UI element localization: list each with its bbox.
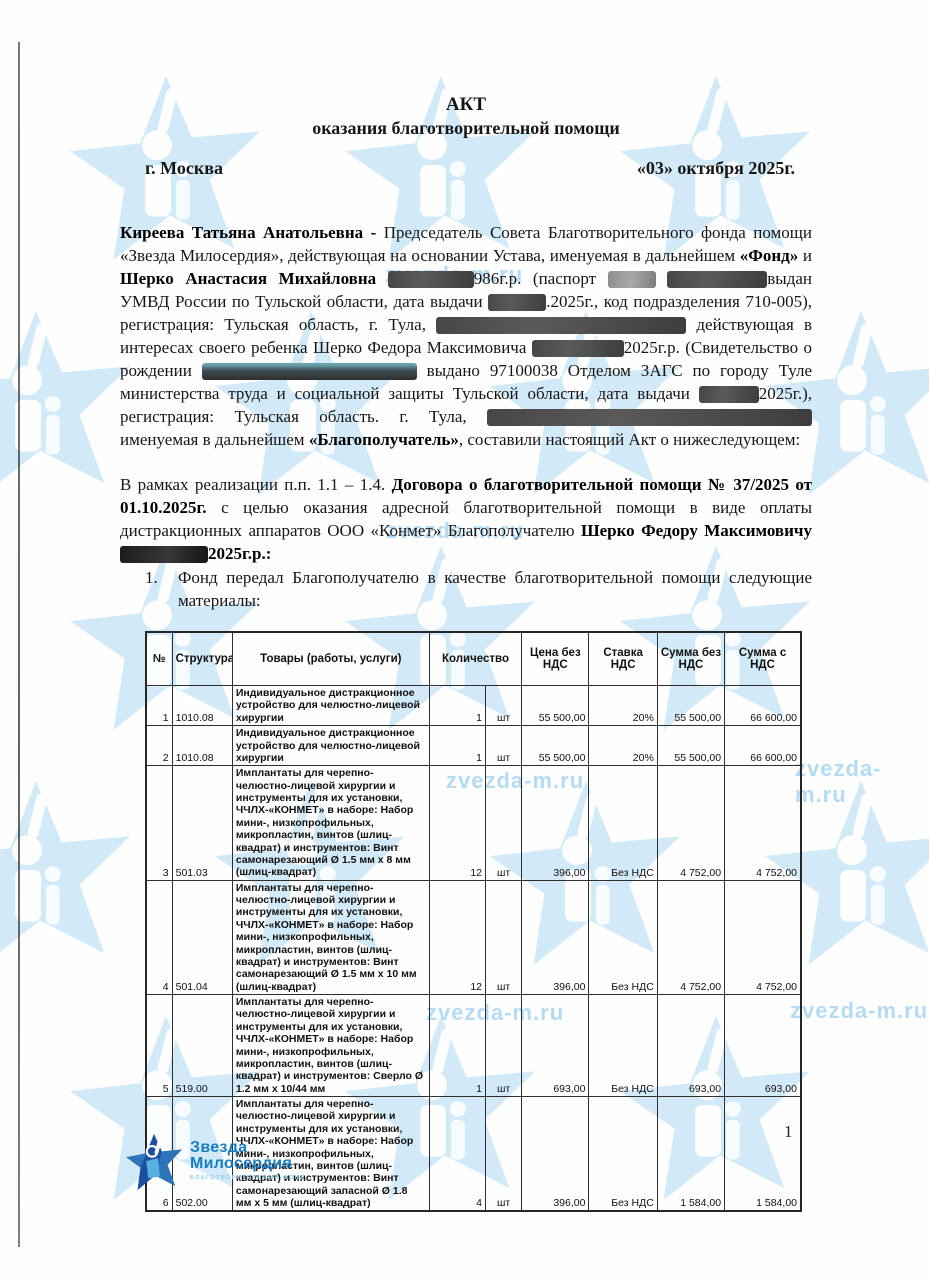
cell-price: 396,00	[522, 1097, 589, 1212]
cell-code: 1010.08	[172, 726, 232, 766]
cell-total: 4 752,00	[725, 880, 801, 994]
parties-text: , составили настоящий Акт о нижеследующе…	[459, 430, 800, 449]
cell-price: 396,00	[522, 880, 589, 994]
cell-desc: Индивидуальное дистракционное устройство…	[232, 726, 429, 766]
doc-subtitle: оказания благотворительной помощи	[120, 118, 812, 139]
redaction-mark	[202, 363, 417, 380]
col-header-quantity: Количество	[429, 632, 521, 686]
purpose-text: В рамках реализации п.п. 1.1 – 1.4.	[120, 475, 392, 494]
cell-sum: 4 752,00	[657, 766, 724, 880]
redaction-mark	[667, 271, 767, 288]
redaction-mark	[487, 409, 812, 426]
parties-text: 986г.р. (паспорт	[474, 269, 608, 288]
cell-vat: 20%	[589, 726, 657, 766]
cell-total: 4 752,00	[725, 766, 801, 880]
cell-num: 4	[146, 880, 172, 994]
beneficiary-parent-name: Шерко Анастасия Михайловна	[120, 269, 376, 288]
redaction-mark	[699, 386, 759, 403]
fund-term: «Фонд»	[740, 246, 799, 265]
col-header-goods: Товары (работы, услуги)	[232, 632, 429, 686]
cell-total: 693,00	[725, 995, 801, 1097]
cell-num: 3	[146, 766, 172, 880]
cell-desc: Имплантаты для черепно-челюстно-лицевой …	[232, 766, 429, 880]
cell-qty: 1	[429, 726, 485, 766]
goods-table-header-row: № Структура Товары (работы, услуги) Коли…	[146, 632, 801, 686]
parties-text: и	[798, 246, 812, 265]
cell-unit: шт	[486, 686, 522, 726]
redaction-mark	[388, 271, 474, 288]
list-item-1: 1. Фонд передал Благополучателю в качест…	[145, 566, 812, 612]
logo-subtitle: БЛАГОТВОРИТЕЛЬНЫЙ ФОНД	[190, 1175, 305, 1181]
cell-price: 396,00	[522, 766, 589, 880]
cell-unit: шт	[486, 766, 522, 880]
col-header-sum-vat: Сумма с НДС	[725, 632, 801, 686]
list-item-text: Фонд передал Благополучателю в качестве …	[178, 566, 812, 612]
cell-vat: Без НДС	[589, 880, 657, 994]
scan-artifact-line	[18, 42, 20, 1247]
cell-vat: Без НДС	[589, 766, 657, 880]
cell-sum: 4 752,00	[657, 880, 724, 994]
cell-unit: шт	[486, 995, 522, 1097]
cell-sum: 55 500,00	[657, 726, 724, 766]
city-date-row: г. Москва «03» октября 2025г.	[145, 158, 795, 179]
redaction-mark	[436, 317, 686, 334]
cell-sum: 693,00	[657, 995, 724, 1097]
goods-table-row: 3501.03Имплантаты для черепно-челюстно-л…	[146, 766, 801, 880]
fund-chair-name: Киреева Татьяна Анатольевна -	[120, 223, 384, 242]
col-header-sum-novat: Сумма без НДС	[657, 632, 724, 686]
col-header-price-novat: Цена без НДС	[522, 632, 589, 686]
cell-code: 501.03	[172, 766, 232, 880]
cell-price: 693,00	[522, 995, 589, 1097]
doc-title: АКТ	[120, 94, 812, 116]
cell-qty: 12	[429, 880, 485, 994]
col-header-number: №	[146, 632, 172, 686]
cell-qty: 1	[429, 686, 485, 726]
cell-vat: 20%	[589, 686, 657, 726]
page-number: 1	[784, 1122, 793, 1142]
cell-code: 519.00	[172, 995, 232, 1097]
parties-paragraph: Киреева Татьяна Анатольевна - Председате…	[120, 221, 812, 451]
cell-desc: Имплантаты для черепно-челюстно-лицевой …	[232, 880, 429, 994]
goods-table-row: 5519.00Имплантаты для черепно-челюстно-л…	[146, 995, 801, 1097]
doc-city: г. Москва	[145, 158, 223, 179]
cell-code: 1010.08	[172, 686, 232, 726]
cell-unit: шт	[486, 880, 522, 994]
list-item-number: 1.	[145, 566, 158, 589]
purpose-text: 2025г.р.:	[208, 544, 271, 563]
cell-sum: 1 584,00	[657, 1097, 724, 1212]
goods-table: № Структура Товары (работы, услуги) Коли…	[145, 631, 802, 1212]
cell-desc: Имплантаты для черепно-челюстно-лицевой …	[232, 995, 429, 1097]
cell-total: 1 584,00	[725, 1097, 801, 1212]
cell-num: 2	[146, 726, 172, 766]
cell-num: 5	[146, 995, 172, 1097]
redaction-mark	[608, 271, 656, 288]
fund-logo-text: Звезда Милосердия БЛАГОТВОРИТЕЛЬНЫЙ ФОНД	[190, 1140, 305, 1181]
cell-total: 66 600,00	[725, 686, 801, 726]
cell-code: 501.04	[172, 880, 232, 994]
cell-vat: Без НДС	[589, 995, 657, 1097]
parties-text: именуемая в дальнейшем	[120, 430, 309, 449]
cell-price: 55 500,00	[522, 726, 589, 766]
doc-date: «03» октября 2025г.	[637, 158, 795, 179]
redaction-mark	[532, 340, 624, 357]
goods-table-row: 11010.08Индивидуальное дистракционное ус…	[146, 686, 801, 726]
cell-unit: шт	[486, 726, 522, 766]
logo-name-line1: Звезда	[190, 1140, 305, 1156]
goods-table-row: 4501.04Имплантаты для черепно-челюстно-л…	[146, 880, 801, 994]
cell-price: 55 500,00	[522, 686, 589, 726]
cell-desc: Индивидуальное дистракционное устройство…	[232, 686, 429, 726]
col-header-vat-rate: Ставка НДС	[589, 632, 657, 686]
document-content: АКТ оказания благотворительной помощи г.…	[0, 0, 929, 1280]
cell-sum: 55 500,00	[657, 686, 724, 726]
cell-total: 66 600,00	[725, 726, 801, 766]
beneficiary-term: «Благополучатель»	[309, 430, 459, 449]
redaction-mark	[488, 294, 546, 311]
fund-logo: Звезда Милосердия БЛАГОТВОРИТЕЛЬНЫЙ ФОНД	[126, 1132, 305, 1192]
goods-table-row: 21010.08Индивидуальное дистракционное ус…	[146, 726, 801, 766]
logo-name-line2: Милосердия	[190, 1156, 305, 1172]
document-page: zvezda-m.ruzvezda-m.ruzvezda-m.ruzvezda-…	[0, 0, 929, 1280]
col-header-structure: Структура	[172, 632, 232, 686]
purpose-paragraph: В рамках реализации п.п. 1.1 – 1.4. Дого…	[120, 473, 812, 565]
redaction-mark	[120, 546, 208, 563]
cell-unit: шт	[486, 1097, 522, 1212]
cell-num: 1	[146, 686, 172, 726]
cell-qty: 1	[429, 995, 485, 1097]
fund-logo-star-icon	[126, 1132, 184, 1192]
cell-vat: Без НДС	[589, 1097, 657, 1212]
cell-qty: 12	[429, 766, 485, 880]
cell-qty: 4	[429, 1097, 485, 1212]
beneficiary-child-name: Шерко Федору Максимовичу	[581, 521, 812, 540]
